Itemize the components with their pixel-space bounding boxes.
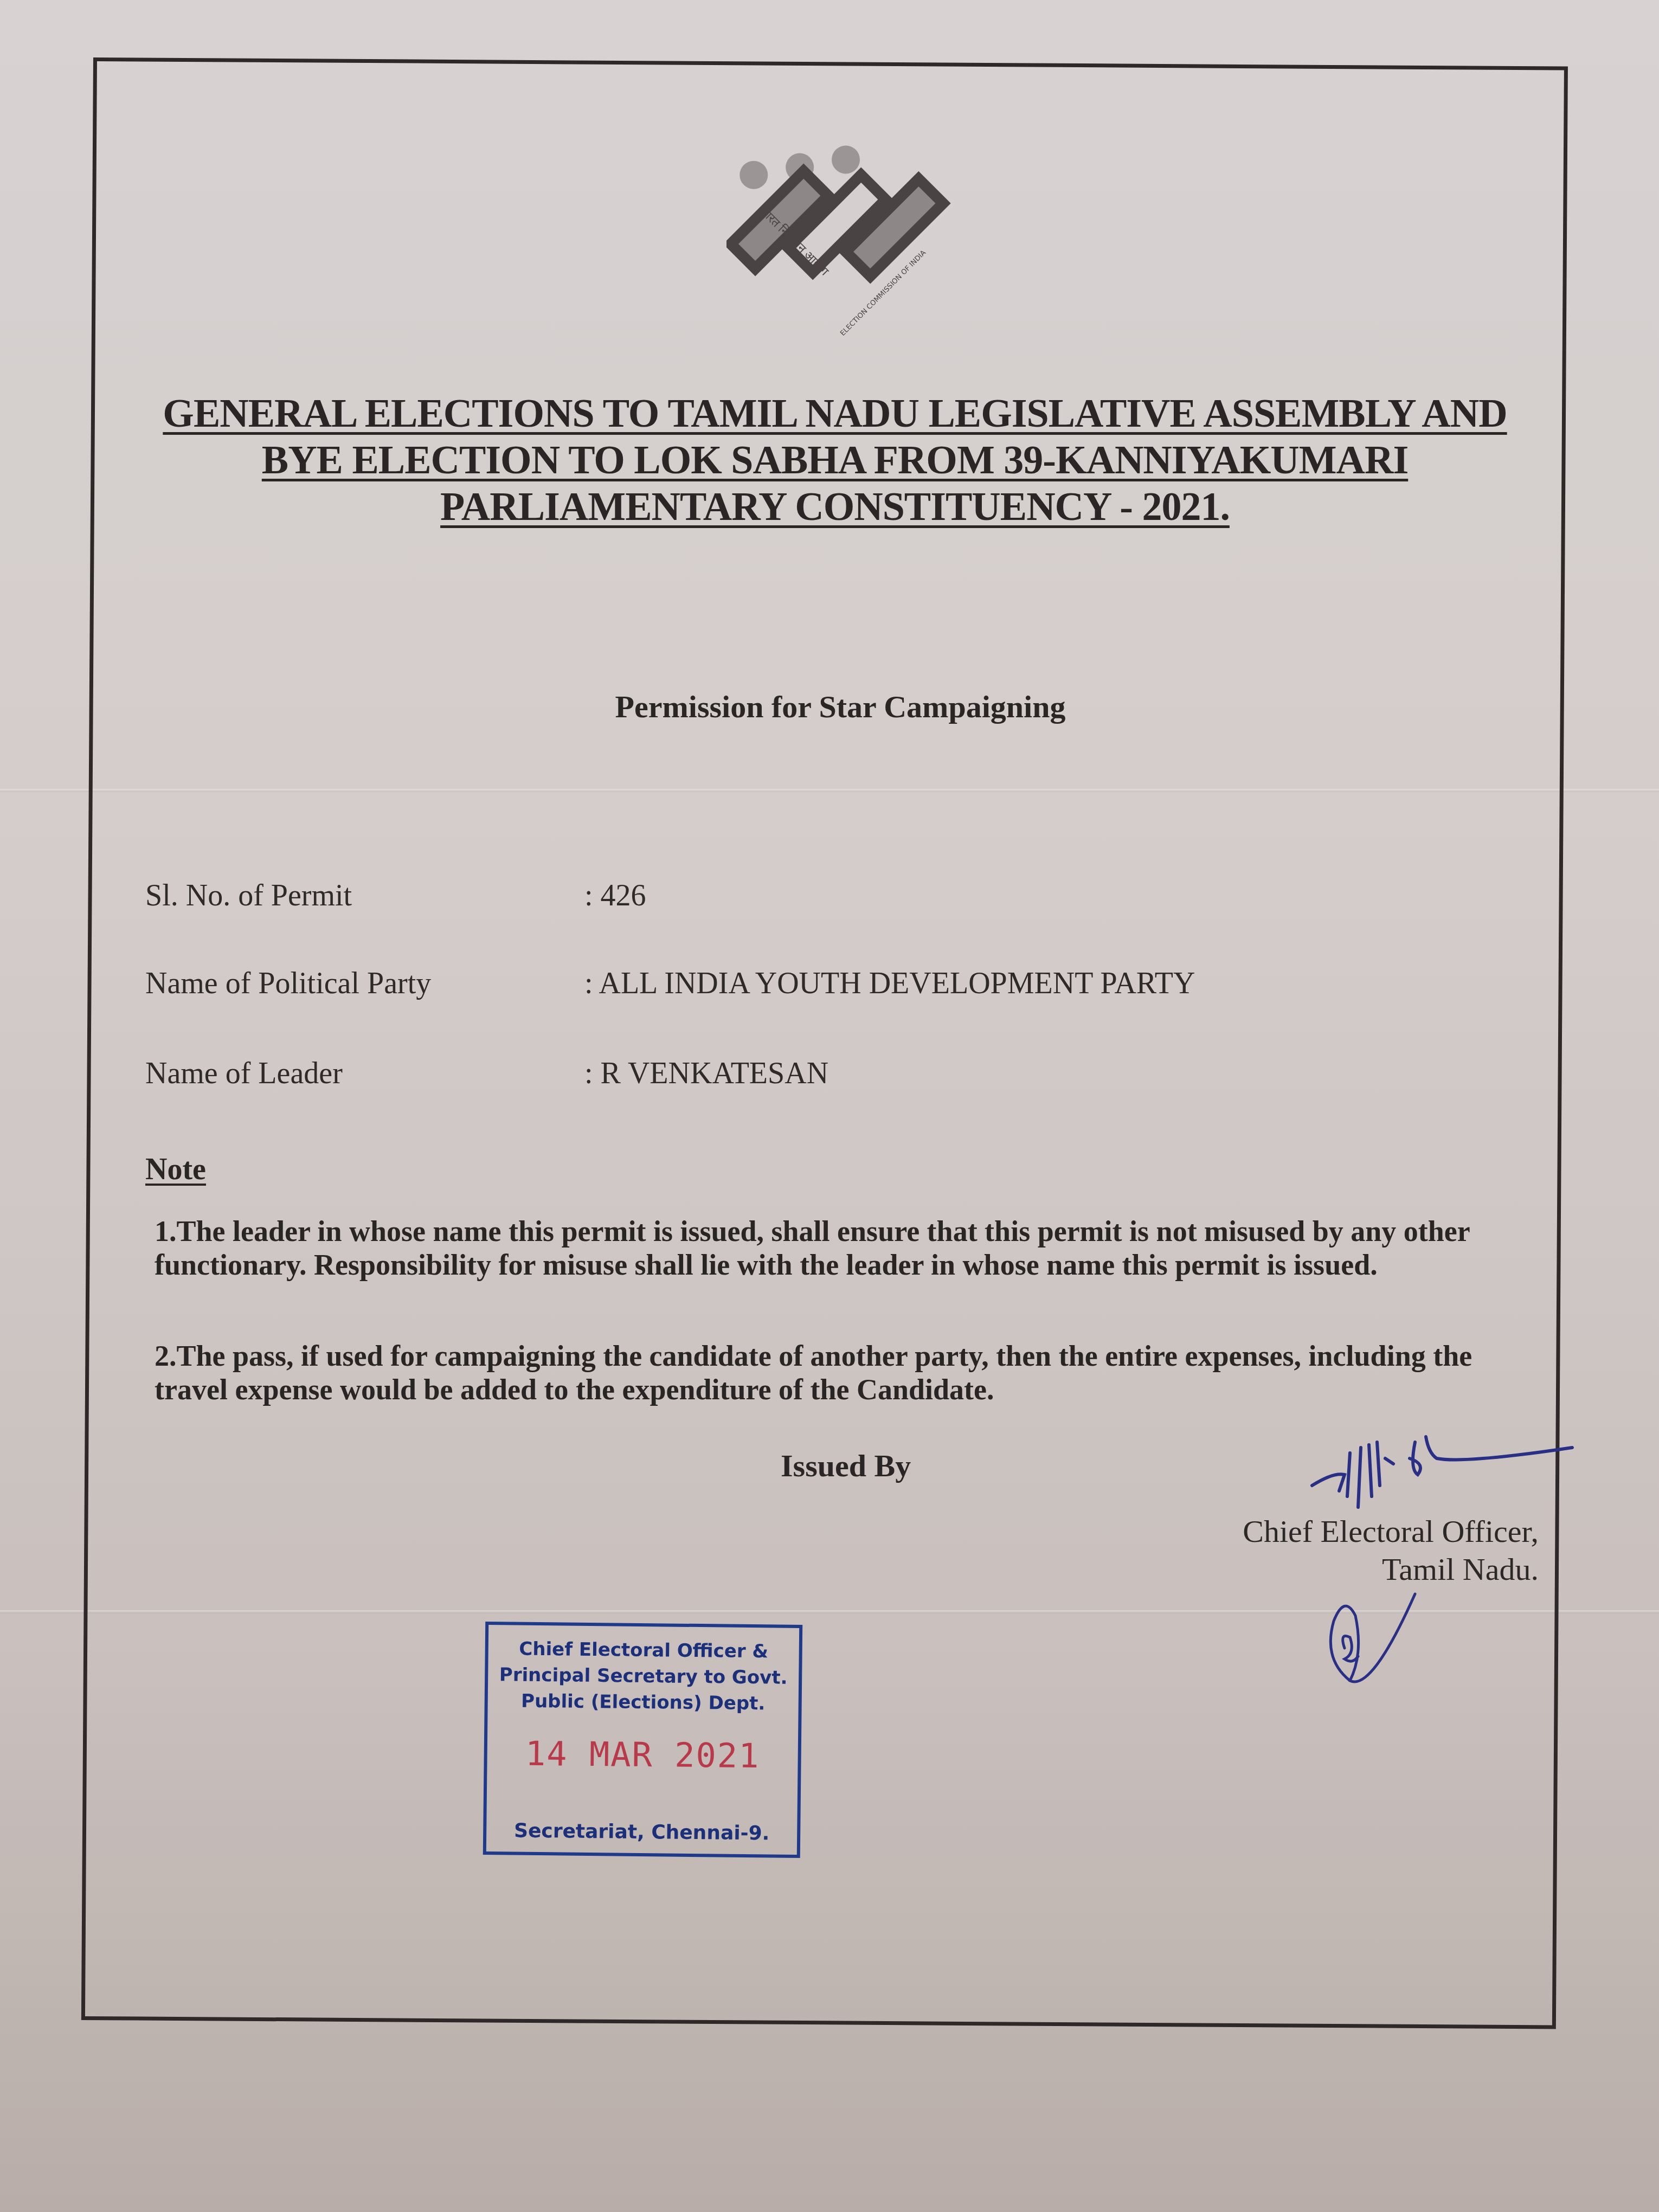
title-line: PARLIAMENTARY CONSTITUENCY - 2021. [108, 484, 1561, 530]
field-label: Sl. No. of Permit [145, 878, 352, 913]
note-item: 1.The leader in whose name this permit i… [155, 1214, 1542, 1282]
stamp-date: 14 MAR 2021 [487, 1733, 798, 1776]
officer-title: Chief Electoral Officer, [1243, 1513, 1539, 1551]
title-line: GENERAL ELECTIONS TO TAMIL NADU LEGISLAT… [108, 390, 1561, 437]
initials-icon [1312, 1572, 1420, 1724]
signature-icon [1301, 1420, 1583, 1518]
stamp-header: Chief Electoral Officer & Principal Secr… [487, 1636, 799, 1717]
field-value: : R VENKATESAN [584, 1056, 828, 1091]
field-value: : ALL INDIA YOUTH DEVELOPMENT PARTY [584, 966, 1195, 1001]
stamp-line: Chief Electoral Officer & [488, 1636, 799, 1665]
field-value: : 426 [584, 878, 646, 913]
document-title: GENERAL ELECTIONS TO TAMIL NADU LEGISLAT… [108, 390, 1561, 530]
stamp-line: Principal Secretary to Govt. [488, 1662, 799, 1691]
note-item: 2.The pass, if used for campaigning the … [155, 1339, 1542, 1406]
official-stamp: Chief Electoral Officer & Principal Secr… [483, 1622, 802, 1858]
field-label: Name of Political Party [145, 966, 431, 1001]
field-label: Name of Leader [145, 1056, 343, 1091]
document-subtitle: Permission for Star Campaigning [569, 689, 1111, 725]
election-commission-logo-icon: भारत निर्वाचन आयोग ELECTION COMMISSION O… [726, 130, 965, 358]
note-heading: Note [145, 1152, 206, 1187]
stamp-line: Public (Elections) Dept. [487, 1688, 798, 1717]
issued-by-label: Issued By [781, 1448, 911, 1484]
title-line: BYE ELECTION TO LOK SABHA FROM 39-KANNIY… [108, 437, 1561, 484]
stamp-footer: Secretariat, Chennai-9. [486, 1819, 797, 1845]
